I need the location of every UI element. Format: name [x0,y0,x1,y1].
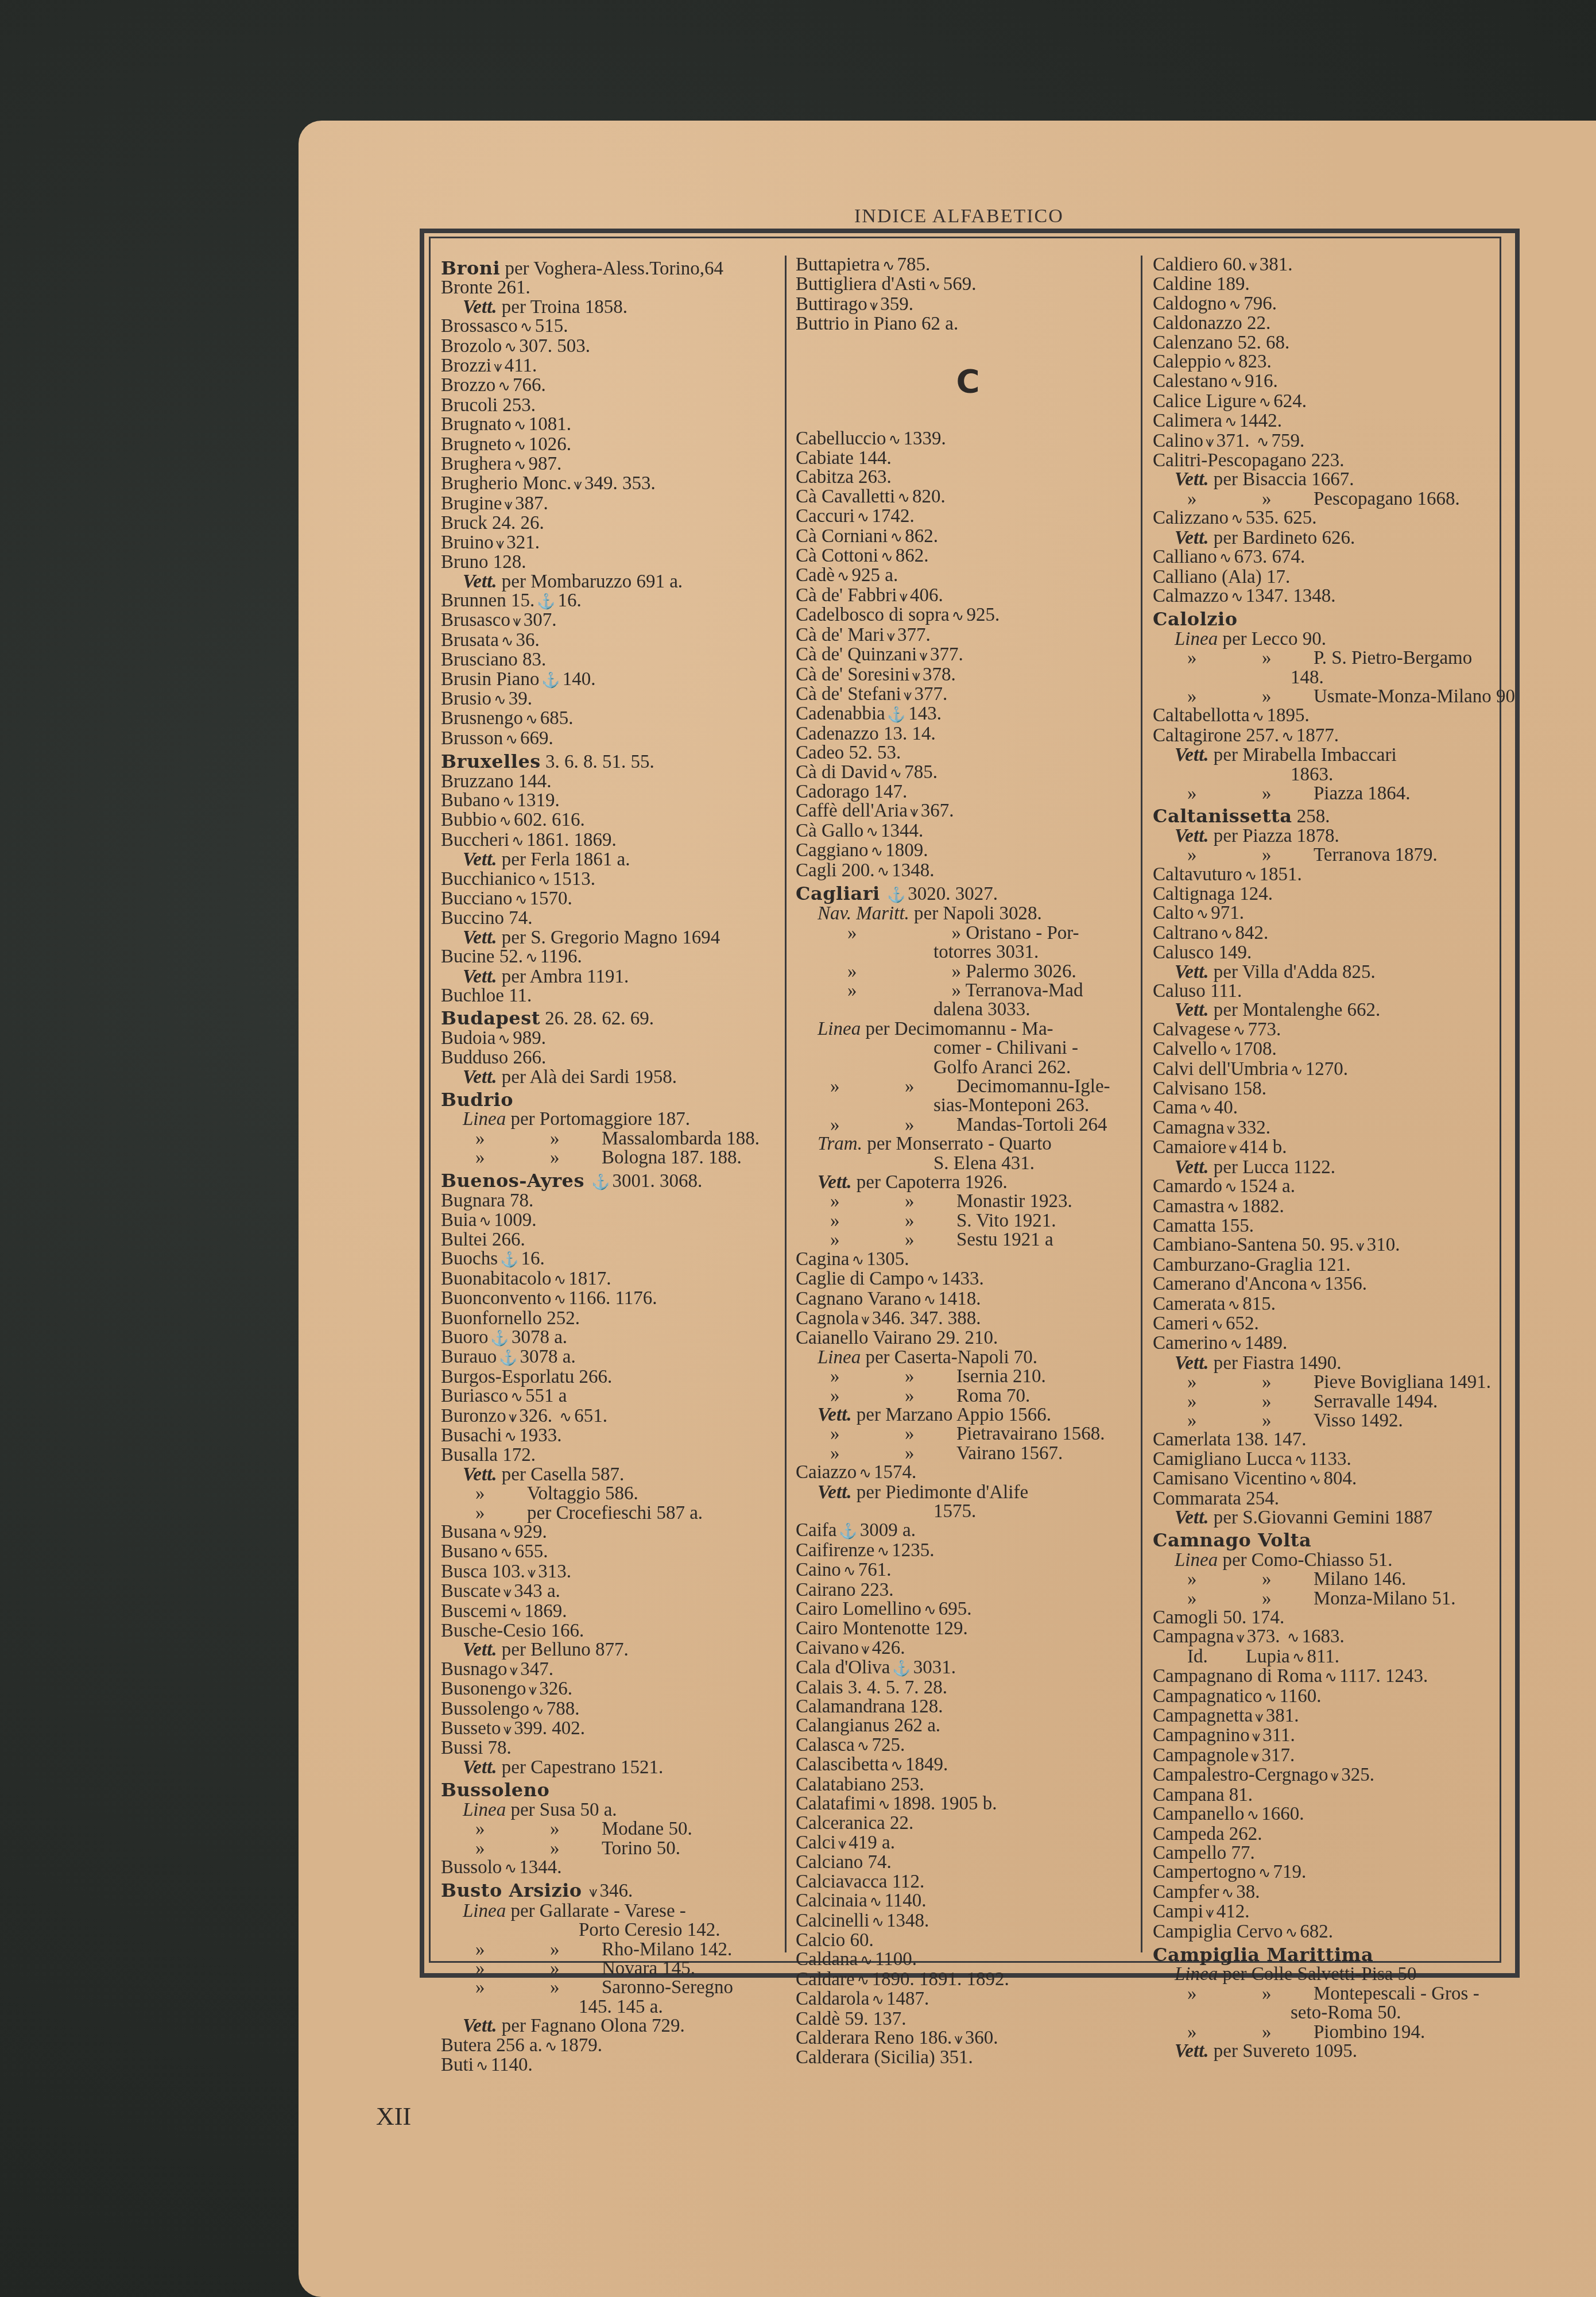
place-name: Brusson [441,728,503,749]
index-entry: Cà di David∿785. [796,763,1140,783]
index-entry: Brossasco∿515. [441,317,785,337]
place-name: Brozolo [441,336,502,357]
place-name: Buchloe 11. [441,985,532,1006]
index-entry: 1863. [1153,765,1497,784]
tramway-icon: ∿ [1259,393,1272,412]
steamship-landing-icon: ⚓ [839,1522,857,1541]
railway-station-icon: ⩛ [904,686,912,705]
railway-station-icon: ⩛ [1255,1707,1264,1726]
place-name: Caltrano [1153,923,1218,943]
place-name: Calciano 74. [796,1852,892,1873]
index-entry: Budduso 266. [441,1049,785,1068]
index-entry: Camogli 50. 174. [1153,1608,1497,1627]
page-refs: 1140. [884,1890,926,1911]
ditto-mark: » [905,1387,956,1406]
place-name: Brossasco [441,316,518,337]
index-entry: comer - Chilivani - [796,1039,1140,1058]
place-name: Brusio [441,689,491,709]
index-entry: Cabelluccio∿1339. [796,430,1140,449]
connection-text: per Suvereto 1095. [1209,2041,1357,2062]
place-name: Buscemi [441,1601,507,1622]
place-name: Calenzano 52. 68. [1153,332,1289,353]
page-refs: 1347. 1348. [1246,586,1336,606]
place-name: Busalla 172. [441,1445,536,1465]
place-name-bold: Bussoleno [441,1779,549,1801]
place-name: Campagnino [1153,1725,1250,1746]
index-entry: Buccino 74. [441,909,785,928]
place-name: Buttapietra [796,254,880,275]
connection-text: Oristano - Por- [966,923,1079,943]
index-entry: Calcinelli∿1348. [796,1912,1140,1931]
index-entry: Buttapietra∿785. [796,256,1140,275]
page-refs: 16. [558,590,582,611]
connection-label: Vett. [1175,745,1209,765]
index-entry: Vett. per Montalenghe 662. [1153,1001,1497,1020]
page-refs: 1009. [494,1210,536,1231]
page-refs: 26. 28. 62. 69. [540,1008,654,1029]
index-entry: Calatabiano 253. [796,1776,1140,1795]
connection-text: Montepescali - Gros - [1314,1983,1479,2004]
place-name: Bussi 78. [441,1738,512,1758]
place-name: Calceranica 22. [796,1813,913,1834]
tramway-icon: ∿ [1324,1668,1337,1687]
index-entry: Calvi dell'Umbria∿1270. [1153,1060,1497,1080]
continuation-text: S. Elena 431. [933,1153,1035,1174]
index-entry: Caffè dell'Aria⩛367. [796,802,1140,821]
page-refs: 569. [943,274,977,295]
place-name: Buttigliera d'Asti [796,274,926,295]
page-refs: 987. [529,454,562,474]
page-refs: 535. 625. [1246,508,1317,528]
connection-text: Pietravairano 1568. [956,1424,1105,1444]
tramway-icon: ∿ [1196,904,1209,923]
index-column-3: Caldiero 60.⩛381.Caldine 189.Caldogno∿79… [1153,256,1497,2061]
place-name: Camogli 50. 174. [1153,1607,1284,1628]
tramway-icon: ∿ [514,455,526,474]
index-entry: Linea per Portomaggiore 187. [441,1110,785,1129]
index-entry: Caltanissetta 258. [1153,807,1497,826]
place-name: Bucchianico [441,869,536,890]
ditto-mark: » [830,1116,905,1135]
connection-text: per S.Giovanni Gemini 1887 [1209,1507,1433,1528]
place-name: Calcinelli [796,1911,869,1931]
connection-label: Tram. [818,1134,862,1154]
index-entry: Campanello∿1660. [1153,1805,1497,1824]
place-name-bold: Budrio [441,1089,513,1111]
index-entry: »»Piombino 194. [1153,2023,1497,2042]
ditto-mark: » [905,1425,956,1444]
page-refs: 140. [563,669,596,690]
place-name: Bruno 128. [441,552,526,573]
place-name: Cairo Lomellino [796,1599,921,1619]
place-name-bold: Broni [441,257,500,279]
connection-text: Pieve Bovigliana 1491. [1314,1372,1491,1393]
page-refs: 1895. [1266,705,1309,726]
connection-text: per Como-Chiasso 51. [1218,1550,1392,1571]
page-refs: 759. [1271,431,1304,451]
page-refs: 1849. [905,1754,948,1775]
place-name: Calatafimi [796,1793,876,1814]
place-name: Calliano [1153,547,1217,567]
ditto-mark: » [905,1212,956,1231]
page-refs: 1442. [1239,411,1282,431]
railway-station-icon: ⩛ [1229,1139,1237,1158]
place-name: Calcinaia [796,1890,867,1911]
connection-text: per Capestrano 1521. [497,1757,664,1778]
place-name: Bruino [441,532,494,553]
ditto-mark: » [830,1077,905,1096]
tramway-icon: ∿ [514,416,526,435]
index-entry: Calenzano 52. 68. [1153,334,1497,353]
ditto-mark: » [1187,1393,1262,1412]
place-name: Calizzano [1153,508,1229,528]
place-name: Cala d'Oliva [796,1657,890,1678]
place-name: Cabiate 144. [796,448,892,469]
place-name: Calimera [1153,411,1222,431]
ditto-mark: » [952,923,966,943]
ditto-mark: » [550,1940,602,1959]
railway-station-icon: ⩛ [910,802,919,821]
index-entry: Budapest 26. 28. 62. 69. [441,1009,785,1028]
index-entry: Caldiero 60.⩛381. [1153,256,1497,275]
index-entry: Calimera∿1442. [1153,412,1497,431]
place-name: Caldare [796,1969,855,1990]
tramway-icon: ∿ [860,1951,873,1970]
index-entry: Caifa⚓3009 a. [796,1521,1140,1541]
index-entry: » » Terranova-Mad [796,981,1140,1000]
page-refs: 426. [872,1638,905,1658]
page-refs: 761. [858,1560,892,1580]
index-entry: » » Palermo 3026. [796,962,1140,981]
index-entry: Cà Gallo∿1344. [796,822,1140,841]
ditto-mark: » [905,1116,956,1135]
page-refs: 785. [897,254,930,275]
connection-text: per Piazza 1878. [1209,826,1339,846]
index-entry: »»Usmate-Monza-Milano 90 [1153,687,1497,706]
tramway-icon: ∿ [499,811,512,830]
page-refs: 1140. [491,2055,533,2075]
index-entry: Busto Arsizio ⩛346. [441,1881,785,1901]
place-name: Calvi dell'Umbria [1153,1059,1288,1080]
connection-label: Vett. [1175,826,1209,846]
index-entry: Buchloe 11. [441,987,785,1006]
page-refs: 815. [1242,1294,1276,1314]
page-refs: 1869. [524,1601,567,1622]
page-refs: 655. [515,1541,548,1562]
tramway-icon: ∿ [870,842,883,861]
index-entry: Id. Lupia∿811. [1153,1648,1497,1667]
place-name-bold: Bruxelles [441,751,541,772]
index-entry: Broni per Voghera-Aless.Torino,64 [441,259,785,279]
index-entry: Caifirenze∿1235. [796,1541,1140,1561]
tramway-icon: ∿ [1227,1198,1239,1217]
index-entry: Caldè 59. 137. [796,2010,1140,2029]
index-entry: »»Decimomannu-Igle- [796,1077,1140,1096]
index-entry: Busana∿929. [441,1523,785,1542]
place-name: Burgos-Esporlatu 266. [441,1367,612,1387]
tramway-icon: ∿ [500,1543,513,1562]
index-entry: »»Milano 146. [1153,1570,1497,1589]
index-entry: »»Monza-Milano 51. [1153,1590,1497,1608]
tramway-icon: ∿ [505,730,518,749]
index-entry: Bussolengo∿788. [441,1700,785,1719]
connection-label: Vett. [463,1067,497,1088]
index-entry: Cà de' Soresini⩛378. [796,666,1140,685]
connection-text: per Bisaccia 1667. [1209,469,1354,490]
connection-text: Sestu 1921 a [956,1229,1053,1250]
index-entry: Cagnano Varano∿1418. [796,1290,1140,1309]
connection-text: Mandas-Tortoli 264 [956,1115,1107,1135]
index-entry: Busche-Cesio 166. [441,1622,785,1641]
ditto-mark: » [475,1148,550,1167]
page-refs: 811. [1307,1646,1340,1667]
index-entry: Vett. per Bisaccia 1667. [1153,470,1497,489]
ditto-mark: » [1187,1590,1262,1608]
tramway-icon: ∿ [877,862,890,881]
tramway-icon: ∿ [510,1387,523,1406]
place-name: Budoia [441,1028,495,1049]
place-name: Campertogno [1153,1862,1256,1882]
connection-text: per Belluno 877. [497,1639,629,1660]
place-name: Camerata [1153,1294,1225,1314]
page-refs: 925. [966,605,1000,625]
page-refs: 3031. [913,1657,956,1678]
continuation-text: 145. 145 a. [579,1997,663,2017]
connection-text: Massalombarda 188. [602,1128,760,1149]
connection-label: Vett. [463,2016,497,2036]
continuation-text: totorres 3031. [933,942,1039,962]
place-name: Calais 3. 4. 5. 7. 28. [796,1677,947,1698]
place-name: Bucine 52. [441,946,523,967]
page-refs: 1487. [886,1989,929,2009]
index-entry: Linea per Como-Chiasso 51. [1153,1551,1497,1570]
railway-station-icon: ⩛ [912,666,920,685]
connection-text: per Troina 1858. [497,297,627,318]
page-refs: 377. [914,684,947,705]
connection-label: Nav. Maritt. [818,903,909,924]
index-entry: Golfo Aranci 262. [796,1058,1140,1077]
connection-text: Torino 50. [602,1838,680,1859]
connection-text: Piazza 1864. [1314,783,1411,804]
index-entry: Calitri-Pescopagano 223. [1153,451,1497,470]
place-name: Caivano [796,1638,859,1658]
place-name: Busano [441,1541,498,1562]
place-name: Calto [1153,903,1194,923]
page-refs: 1524 a. [1239,1176,1295,1197]
page-refs: 1270. [1306,1059,1348,1080]
page-refs: 820. [912,486,946,507]
page-refs: 3001. 3068. [613,1171,703,1192]
tramway-icon: ∿ [1291,1061,1303,1080]
ditto-mark: » [830,1192,905,1211]
page-refs: 1235. [892,1540,934,1561]
place-name: Calice Ligure [1153,391,1257,412]
ditto-mark: » [905,1444,956,1463]
tramway-icon: ∿ [1287,1628,1300,1647]
tramway-icon: ∿ [1295,1451,1307,1470]
continuation-text: seto-Roma 50. [1291,2002,1401,2023]
page-refs: 412. [1217,1901,1250,1922]
tramway-icon: ∿ [1231,587,1244,606]
index-entry: Camnago Volta [1153,1531,1497,1550]
index-entry: Campfer∿38. [1153,1883,1497,1902]
place-name-bold: Caltanissetta [1153,805,1292,827]
index-entry: Budoia∿989. [441,1029,785,1049]
index-entry: »»Monastir 1923. [796,1192,1140,1211]
place-name: Campiglia Cervo [1153,1921,1283,1942]
tramway-icon: ∿ [1221,925,1233,943]
index-entry: Brugneto∿1026. [441,435,785,455]
page-refs: 1890. 1891. 1892. [871,1969,1009,1990]
ditto-mark: » [905,1231,956,1250]
index-entry: Nav. Maritt. per Napoli 3028. [796,904,1140,923]
page-refs: 36. [516,630,540,651]
place-name: Caifirenze [796,1540,874,1561]
index-entry: Cairo Montenotte 129. [796,1619,1140,1638]
index-entry: Bucchianico∿1513. [441,870,785,890]
place-name: Brusata [441,630,499,651]
index-entry: Buonabitacolo∿1817. [441,1270,785,1289]
index-entry: »»Montepescali - Gros - [1153,1985,1497,2004]
ditto-mark: » [1187,784,1262,803]
place-name: Camaiore [1153,1137,1226,1158]
page-refs: 804. [1324,1468,1357,1489]
page-refs: 515. [535,316,568,337]
index-entry: Bucine 52.∿1196. [441,948,785,967]
place-name: Cambiano-Santena 50. 95. [1153,1235,1354,1255]
index-entry: »»Mandas-Tortoli 264 [796,1116,1140,1135]
index-entry: Burauo⚓3078 a. [441,1348,785,1367]
place-name: Buti [441,2055,474,2075]
page-refs: 788. [547,1699,580,1719]
ditto-mark: » [1187,2023,1262,2042]
connection-text: per Mirabella Imbaccari [1209,745,1397,765]
connection-text: Vairano 1567. [956,1443,1063,1464]
ditto-mark: » [830,1367,905,1386]
index-entry: » » Oristano - Por- [796,924,1140,943]
index-entry: Caltrano∿842. [1153,924,1497,943]
index-entry: Cambiano-Santena 50. 95.⩛310. [1153,1236,1497,1255]
index-entry: »»Visso 1492. [1153,1412,1497,1430]
index-entry: Cadenabbia⚓143. [796,705,1140,724]
index-entry: Buia∿1009. [441,1211,785,1231]
index-entry: S. Elena 431. [796,1154,1140,1173]
place-name: Brughera [441,454,512,474]
index-entry: Buttirago⩛359. [796,295,1140,315]
railway-station-icon: ⩛ [513,612,521,631]
tramway-icon: ∿ [1246,1805,1259,1824]
index-entry: Commarata 254. [1153,1490,1497,1509]
index-entry: Buccheri∿1861. 1869. [441,831,785,850]
index-entry: Porto Ceresio 142. [441,1921,785,1940]
index-entry: Campagnole⩛317. [1153,1746,1497,1766]
page-refs: 367. [921,801,954,821]
page-refs: 411. [505,355,537,376]
ditto-mark: » [952,980,966,1001]
index-entry: Brozolo∿307. 503. [441,337,785,357]
ditto-mark: » [475,1504,527,1523]
index-entry: Caianello Vairano 29. 210. [796,1329,1140,1348]
page-refs: 925 a. [852,565,898,586]
tramway-icon: ∿ [1309,1470,1322,1489]
index-entry: Vett. per Capestrano 1521. [441,1758,785,1777]
page-refs: 38. [1236,1882,1260,1902]
place-name: Calcio 60. [796,1930,874,1951]
place-name: Cà Cavalletti [796,486,895,507]
ditto-spacer [857,961,952,982]
tramway-icon: ∿ [851,1251,864,1270]
index-entry: Linea per Lecco 90. [1153,630,1497,649]
tramway-icon: ∿ [952,606,964,625]
place-name: Caldiero 60. [1153,254,1246,275]
tramway-icon: ∿ [1252,707,1265,726]
tramway-icon: ∿ [1211,1315,1223,1334]
index-entry: Bruck 24. 26. [441,514,785,533]
index-entry: Buronzo⩛326. ∿651. [441,1407,785,1426]
tramway-icon: ∿ [1229,295,1241,314]
index-entry: »»Serravalle 1494. [1153,1393,1497,1412]
index-entry: Camisano Vicentino∿804. [1153,1470,1497,1489]
page-refs: 258. [1292,806,1330,827]
place-name: Calci [796,1832,836,1853]
page-refs: 1348. [892,860,934,881]
tramway-icon: ∿ [1221,1884,1234,1902]
tramway-icon: ∿ [928,276,941,295]
connection-text: per Caserta-Napoli 70. [861,1347,1037,1368]
place-name: Caldonazzo 22. [1153,313,1270,334]
index-entry: Bruxelles 3. 6. 8. 51. 55. [441,752,785,772]
page-refs: 989. [513,1028,546,1049]
connection-label: Linea [463,1800,506,1820]
index-entry: Buoro⚓3078 a. [441,1328,785,1348]
connection-label: Linea [463,1109,506,1130]
index-entry: Caleppio∿823. [1153,353,1497,372]
continuation-text: comer - Chilivani - [933,1038,1078,1058]
ditto-mark: » [475,1959,550,1978]
index-column-2: Buttapietra∿785.Buttigliera d'Asti∿569.B… [796,256,1140,2068]
tramway-icon: ∿ [870,1892,882,1911]
connection-label: Vett. [463,297,497,318]
index-entry: Cagnola⩛346. 347. 388. [796,1309,1140,1329]
index-entry: »»Saronno-Seregno [441,1978,785,1997]
place-name: Caltabellotta [1153,705,1250,726]
connection-text: S. Vito 1921. [956,1211,1056,1231]
place-name: Campana 81. [1153,1785,1253,1805]
page-refs: 652. [1226,1313,1259,1334]
index-entry: Calto∿971. [1153,904,1497,923]
page-refs: 1160. [1279,1686,1321,1707]
page-refs: 1898. 1905 b. [893,1793,997,1814]
page-refs: 343 a. [514,1581,560,1602]
page-refs: 719. [1273,1862,1306,1882]
index-entry: Buochs⚓16. [441,1250,785,1269]
index-entry: Caltagirone 257.∿1877. [1153,726,1497,746]
place-name: Cadorago 147. [796,782,907,802]
railway-station-icon: ⩛ [529,1680,537,1699]
page-refs: 347. [520,1659,553,1680]
tramway-icon: ∿ [923,1290,936,1309]
index-entry: Caltignaga 124. [1153,885,1497,904]
railway-station-icon: ⩛ [954,2029,963,2048]
page-refs: 378. [923,664,956,685]
ditto-mark: » [847,980,857,1001]
place-name: Calvello [1153,1039,1217,1059]
index-entry: »»Roma 70. [796,1387,1140,1406]
connection-text: per Villa d'Adda 825. [1209,962,1376,983]
tramway-icon: ∿ [927,1270,939,1289]
index-entry: Caiazzo∿1574. [796,1463,1140,1483]
index-entry: Brusnengo∿685. [441,709,785,729]
